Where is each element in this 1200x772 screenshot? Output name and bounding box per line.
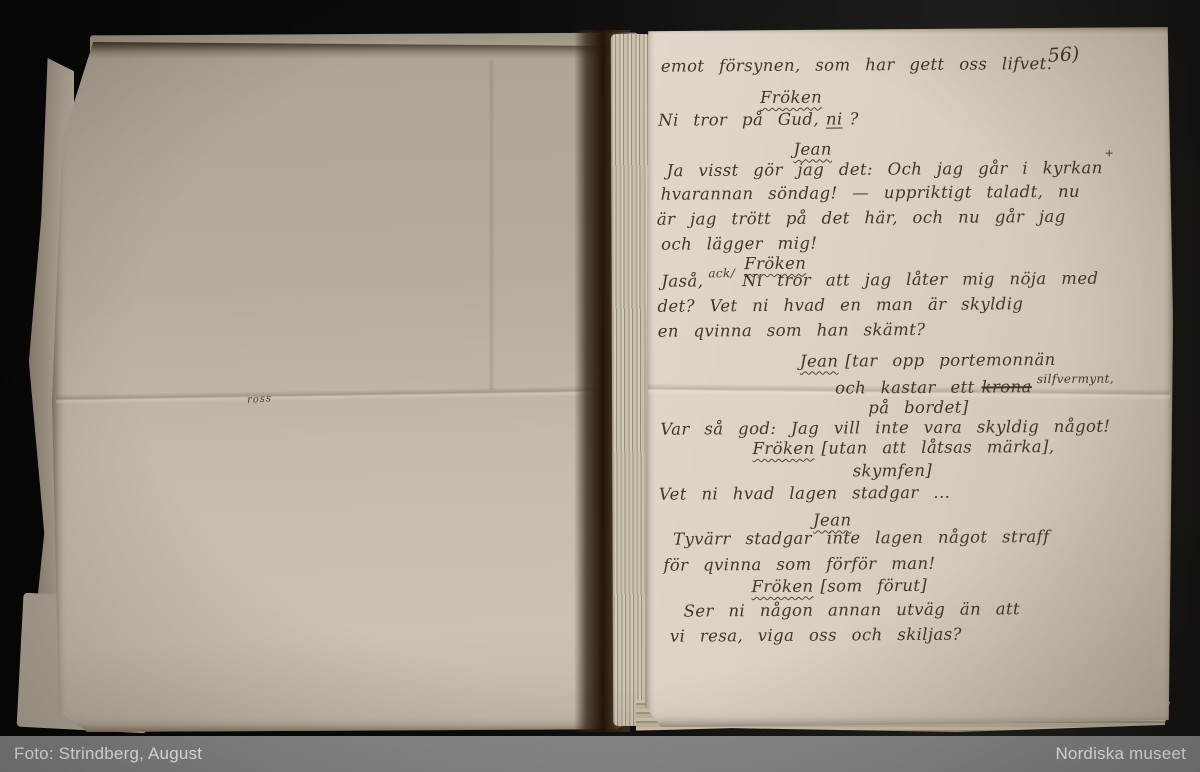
manuscript-line: är jag trött på det här, och nu går jag bbox=[657, 207, 1066, 229]
insertion-mark: + bbox=[1105, 147, 1115, 160]
manuscript-line: Ja visst gör jag det: Och jag går i kyrk… bbox=[666, 157, 1114, 181]
speaker-heading: Fröken[som förut] bbox=[751, 576, 927, 596]
manuscript-line: och kastar ettkronasilfvermynt, bbox=[835, 377, 1114, 398]
manuscript-line: Jaså,ack/Ni tror att jag låter mig nöja … bbox=[661, 269, 1098, 291]
manuscript-line: vi resa, viga oss och skiljas? bbox=[670, 625, 962, 646]
manuscript-line: för qvinna som förför man! bbox=[663, 554, 935, 575]
speaker-heading: Fröken[utan att låtsas märka], bbox=[752, 437, 1054, 458]
struck-word: krona bbox=[982, 377, 1032, 396]
manuscript-line: och lägger mig! bbox=[661, 234, 817, 254]
manuscript-line: skymfen] bbox=[853, 461, 933, 481]
manuscript-line: en qvinna som han skämt? bbox=[658, 320, 926, 341]
manuscript-line: Ser ni någon annan utväg än att bbox=[684, 599, 1021, 620]
manuscript-line: hvarannan söndag! — uppriktigt taladt, n… bbox=[661, 182, 1080, 204]
manuscript-line: Var så god: Jag vill inte vara skyldig n… bbox=[660, 417, 1110, 439]
inserted-word: silfvermynt, bbox=[1037, 372, 1114, 387]
manuscript-line: Tyvärr stadgar inte lagen något straff bbox=[673, 527, 1050, 549]
manuscript-line: Vet ni hvad lagen stadgar ... bbox=[659, 483, 951, 504]
manuscript-line: det? Vet ni hvad en man är skyldig bbox=[657, 294, 1023, 316]
speaker-heading: Jean bbox=[793, 140, 832, 159]
manuscript-line: på bordet] bbox=[868, 398, 969, 418]
handwriting-layer: 56) emot försynen, som har gett oss lifv… bbox=[643, 25, 1176, 729]
left-page-ink-mark: ross bbox=[247, 393, 273, 406]
speaker-heading: Jean[tar opp portemonnän bbox=[800, 350, 1056, 371]
photographer-credit: Foto: Strindberg, August bbox=[14, 744, 202, 764]
caption-bar: Foto: Strindberg, August Nordiska museet bbox=[0, 736, 1200, 772]
left-page-vertical-crease bbox=[488, 60, 495, 390]
inserted-word: ack/ bbox=[708, 266, 735, 280]
manuscript-line: Ni tror på Gud,ni? bbox=[658, 109, 859, 129]
manuscript-line: emot försynen, som har gett oss lifvet. bbox=[661, 54, 1053, 76]
speaker-heading: Fröken bbox=[760, 88, 822, 107]
speaker-heading: Jean bbox=[813, 510, 852, 529]
photo-frame: ross 56) emot försynen, som har gett oss… bbox=[0, 0, 1200, 772]
museum-credit: Nordiska museet bbox=[1055, 744, 1186, 764]
